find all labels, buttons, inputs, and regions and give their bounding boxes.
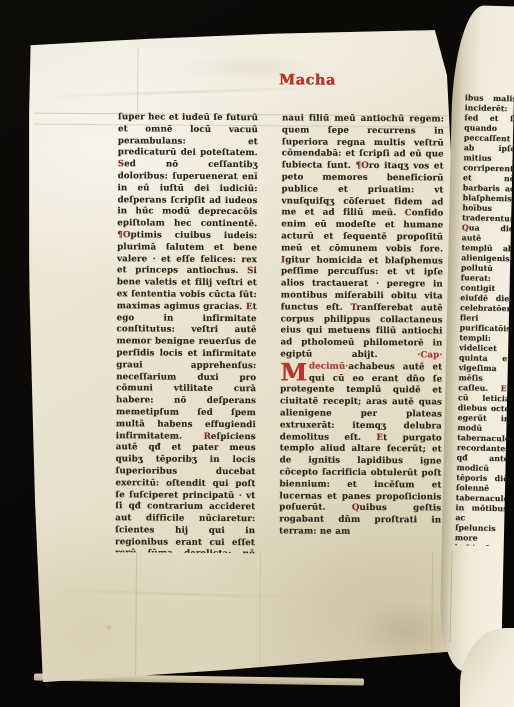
running-title: Macha — [252, 71, 362, 89]
facing-page-edge: ibus malis inciderēt: ſed et ſi quando p… — [439, 5, 514, 672]
photograph-of-manuscript: Macha ſuper hec et iudeū ſe futurū et om… — [0, 0, 514, 707]
text-column-left: ſuper hec et iudeū ſe futurū et omnē loc… — [115, 112, 258, 553]
facing-page-text: ibus malis inciderēt: ſed et ſi quando p… — [455, 93, 514, 546]
text-column-right: naui filiū meū antiochū regem: quem ſepe… — [279, 113, 444, 554]
text-block: Macha ſuper hec et iudeū ſe futurū et om… — [22, 34, 459, 685]
ruling-line-vertical — [259, 553, 261, 669]
ruling-line-vertical — [431, 552, 433, 654]
manuscript-page: Macha ſuper hec et iudeū ſe futurū et om… — [27, 30, 466, 682]
ruling-line-vertical — [450, 550, 453, 642]
ruling-line-vertical — [135, 552, 137, 676]
ruling-line-vertical — [137, 48, 138, 112]
